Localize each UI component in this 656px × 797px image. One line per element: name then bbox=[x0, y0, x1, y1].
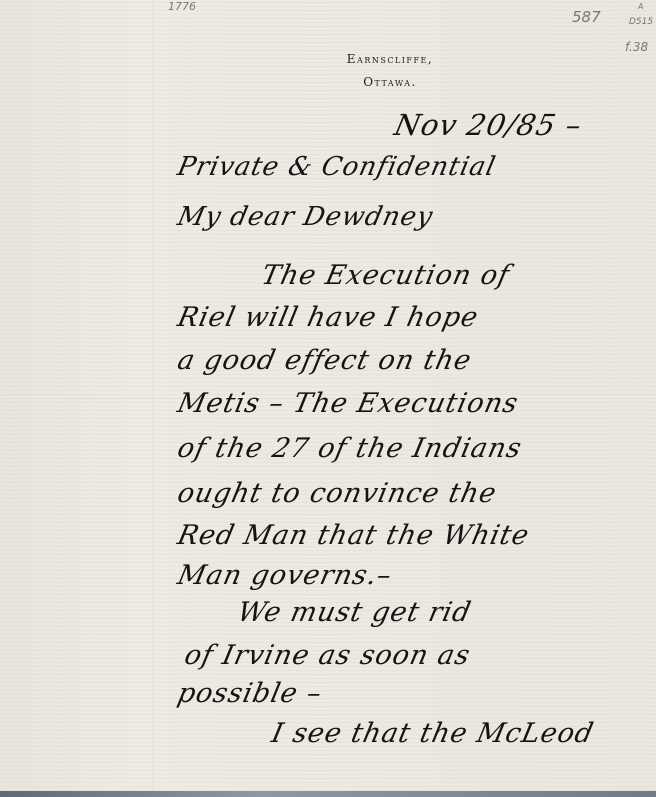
archival-note-number: 587 bbox=[572, 8, 601, 26]
body-line: I see that the McLeod bbox=[269, 718, 597, 749]
body-line: of the 27 of the Indians bbox=[175, 433, 525, 464]
body-line: Metis – The Executions bbox=[175, 388, 522, 419]
salutation: My dear Dewdney bbox=[175, 202, 436, 232]
archival-note-top-left: 1776 bbox=[168, 0, 196, 13]
letter-date: Nov 20/85 – bbox=[391, 108, 585, 142]
body-line: Red Man that the White bbox=[175, 520, 533, 551]
body-line: Riel will have I hope bbox=[175, 302, 482, 333]
body-line: The Execution of bbox=[259, 260, 513, 291]
vertical-fold-crease bbox=[153, 0, 155, 791]
body-line: of Irvine as soon as bbox=[182, 640, 474, 671]
confidential-marking: Private & Confidential bbox=[175, 152, 499, 182]
body-line: We must get rid bbox=[235, 597, 475, 628]
letterhead-line-2: Ottawa. bbox=[300, 75, 480, 89]
body-line: a good effect on the bbox=[175, 345, 475, 376]
body-line: Man governs.– bbox=[175, 560, 395, 591]
archival-note-folio: f.38 bbox=[625, 40, 648, 54]
scan-edge bbox=[0, 791, 656, 797]
body-line: possible – bbox=[175, 678, 325, 709]
body-line: ought to convince the bbox=[175, 478, 500, 509]
letter-page: 1776 587 A D515 f.38 Earnscliffe, Ottawa… bbox=[0, 0, 656, 791]
archival-note-superscript: A bbox=[638, 2, 643, 11]
archival-note-series: D515 bbox=[629, 17, 653, 27]
letterhead-line-1: Earnscliffe, bbox=[300, 52, 480, 66]
